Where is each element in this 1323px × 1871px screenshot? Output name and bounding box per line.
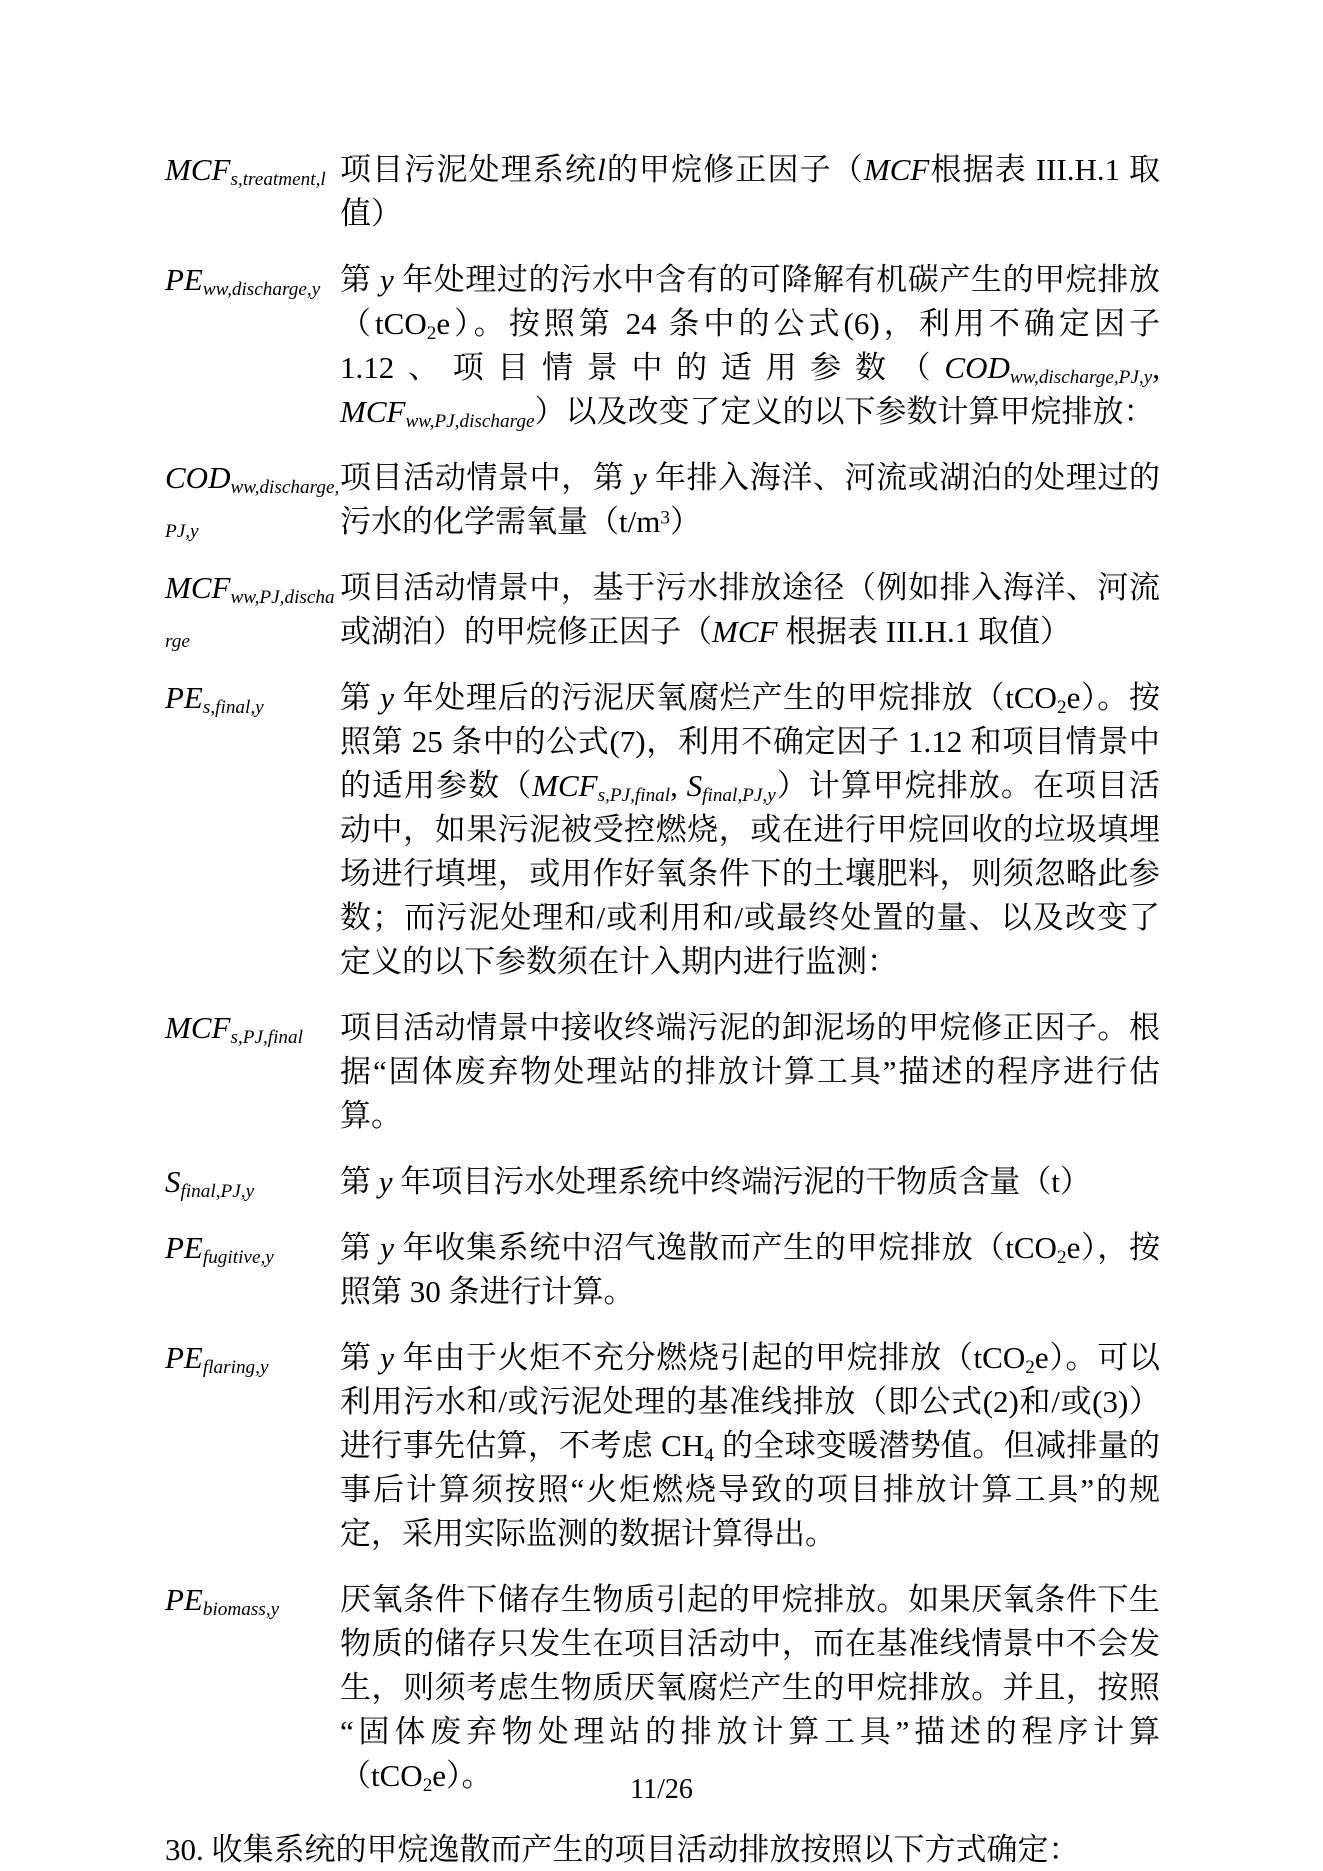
variable-symbol: CODww,discharge,PJ,y (165, 460, 339, 539)
definition-entry: CODww,discharge,PJ,y 项目活动情景中，第 y 年排入海洋、河… (165, 456, 1160, 544)
variable-symbol: y (379, 1164, 393, 1199)
parameter-definition: 第 y 年处理后的污泥厌氧腐烂产生的甲烷排放（tCO2e）。按照第 25 条中的… (340, 676, 1160, 984)
parameter-symbol: PEbiomass,y (165, 1578, 340, 1622)
parameter-definition: 第 y 年收集系统中沼气逸散而产生的甲烷排放（tCO2e），按照第 30 条进行… (340, 1226, 1160, 1314)
parameter-symbol: PEww,discharge,y (165, 258, 340, 302)
parameter-definition: 项目活动情景中接收终端污泥的卸泥场的甲烷修正因子。根据“固体废弃物处理站的排放计… (340, 1006, 1160, 1138)
variable-symbol: PEfugitive,y (165, 1230, 274, 1265)
definition-entry: PEfugitive,y 第 y 年收集系统中沼气逸散而产生的甲烷排放（tCO2… (165, 1226, 1160, 1314)
variable-symbol: y (380, 262, 394, 297)
variable-symbol: y (380, 1340, 394, 1375)
parameter-definition: 第 y 年由于火炬不充分燃烧引起的甲烷排放（tCO2e）。可以利用污水和/或污泥… (340, 1336, 1160, 1556)
parameter-symbol: CODww,discharge,PJ,y (165, 456, 340, 544)
definition-entry: PEbiomass,y 厌氧条件下储存生物质引起的甲烷排放。如果厌氧条件下生物质… (165, 1578, 1160, 1798)
parameter-definition: 第 y 年处理过的污水中含有的可降解有机碳产生的甲烷排放（tCO2e）。按照第 … (340, 258, 1160, 434)
variable-symbol: MCFww,PJ,discharge (340, 394, 535, 429)
variable-symbol: MCFs,PJ,final (532, 768, 670, 803)
parameter-definition: 项目污泥处理系统l的甲烷修正因子（MCF根据表 III.H.1 取值） (340, 148, 1160, 236)
parameter-definition: 项目活动情景中，第 y 年排入海洋、河流或湖泊的处理过的污水的化学需氧量（t/m… (340, 456, 1160, 544)
variable-symbol: l (597, 152, 606, 187)
variable-symbol: Sfinal,PJ,y (687, 768, 776, 803)
definition-entry: MCFs,PJ,final 项目活动情景中接收终端污泥的卸泥场的甲烷修正因子。根… (165, 1006, 1160, 1138)
parameter-symbol: PEflaring,y (165, 1336, 340, 1380)
variable-symbol: MCF (864, 152, 929, 187)
variable-symbol: MCFs,PJ,final (165, 1010, 303, 1045)
variable-symbol: y (380, 1230, 394, 1265)
parameter-symbol: PEs,final,y (165, 676, 340, 720)
definition-entry: MCFww,PJ,discharge 项目活动情景中，基于污水排放途径（例如排入… (165, 566, 1160, 654)
variable-symbol: PEflaring,y (165, 1340, 268, 1375)
page-number: 11/26 (0, 1772, 1323, 1808)
parameter-symbol: MCFww,PJ,discharge (165, 566, 340, 654)
variable-symbol: y (380, 680, 394, 715)
definition-entry: PEflaring,y 第 y 年由于火炬不充分燃烧引起的甲烷排放（tCO2e）… (165, 1336, 1160, 1556)
variable-symbol: PEww,discharge,y (165, 262, 320, 297)
variable-symbol: CODww,discharge,PJ,y (944, 350, 1152, 385)
variable-symbol: PEbiomass,y (165, 1582, 279, 1617)
parameter-symbol: PEfugitive,y (165, 1226, 340, 1270)
variable-symbol: Sfinal,PJ,y (165, 1164, 254, 1199)
document-page: MCFs,treatment,l 项目污泥处理系统l的甲烷修正因子（MCF根据表… (0, 0, 1323, 1871)
parameter-definition-list: MCFs,treatment,l 项目污泥处理系统l的甲烷修正因子（MCF根据表… (165, 148, 1160, 1798)
parameter-definition: 项目活动情景中，基于污水排放途径（例如排入海洋、河流或湖泊）的甲烷修正因子（MC… (340, 566, 1160, 654)
parameter-symbol: MCFs,PJ,final (165, 1006, 340, 1050)
parameter-definition: 第 y 年项目污水处理系统中终端污泥的干物质含量（t） (340, 1160, 1160, 1204)
parameter-symbol: Sfinal,PJ,y (165, 1160, 340, 1204)
parameter-definition: 厌氧条件下储存生物质引起的甲烷排放。如果厌氧条件下生物质的储存只发生在项目活动中… (340, 1578, 1160, 1798)
variable-symbol: MCFs,treatment,l (165, 152, 326, 187)
variable-symbol: MCFww,PJ,discharge (165, 570, 335, 649)
variable-symbol: MCF (712, 614, 777, 649)
definition-entry: PEww,discharge,y 第 y 年处理过的污水中含有的可降解有机碳产生… (165, 258, 1160, 434)
variable-symbol: y (633, 460, 647, 495)
paragraph-30: 30. 收集系统的甲烷逸散而产生的项目活动排放按照以下方式确定： (165, 1828, 1160, 1871)
definition-entry: MCFs,treatment,l 项目污泥处理系统l的甲烷修正因子（MCF根据表… (165, 148, 1160, 236)
definition-entry: Sfinal,PJ,y 第 y 年项目污水处理系统中终端污泥的干物质含量（t） (165, 1160, 1160, 1204)
definition-entry: PEs,final,y 第 y 年处理后的污泥厌氧腐烂产生的甲烷排放（tCO2e… (165, 676, 1160, 984)
variable-symbol: PEs,final,y (165, 680, 264, 715)
parameter-symbol: MCFs,treatment,l (165, 148, 340, 192)
